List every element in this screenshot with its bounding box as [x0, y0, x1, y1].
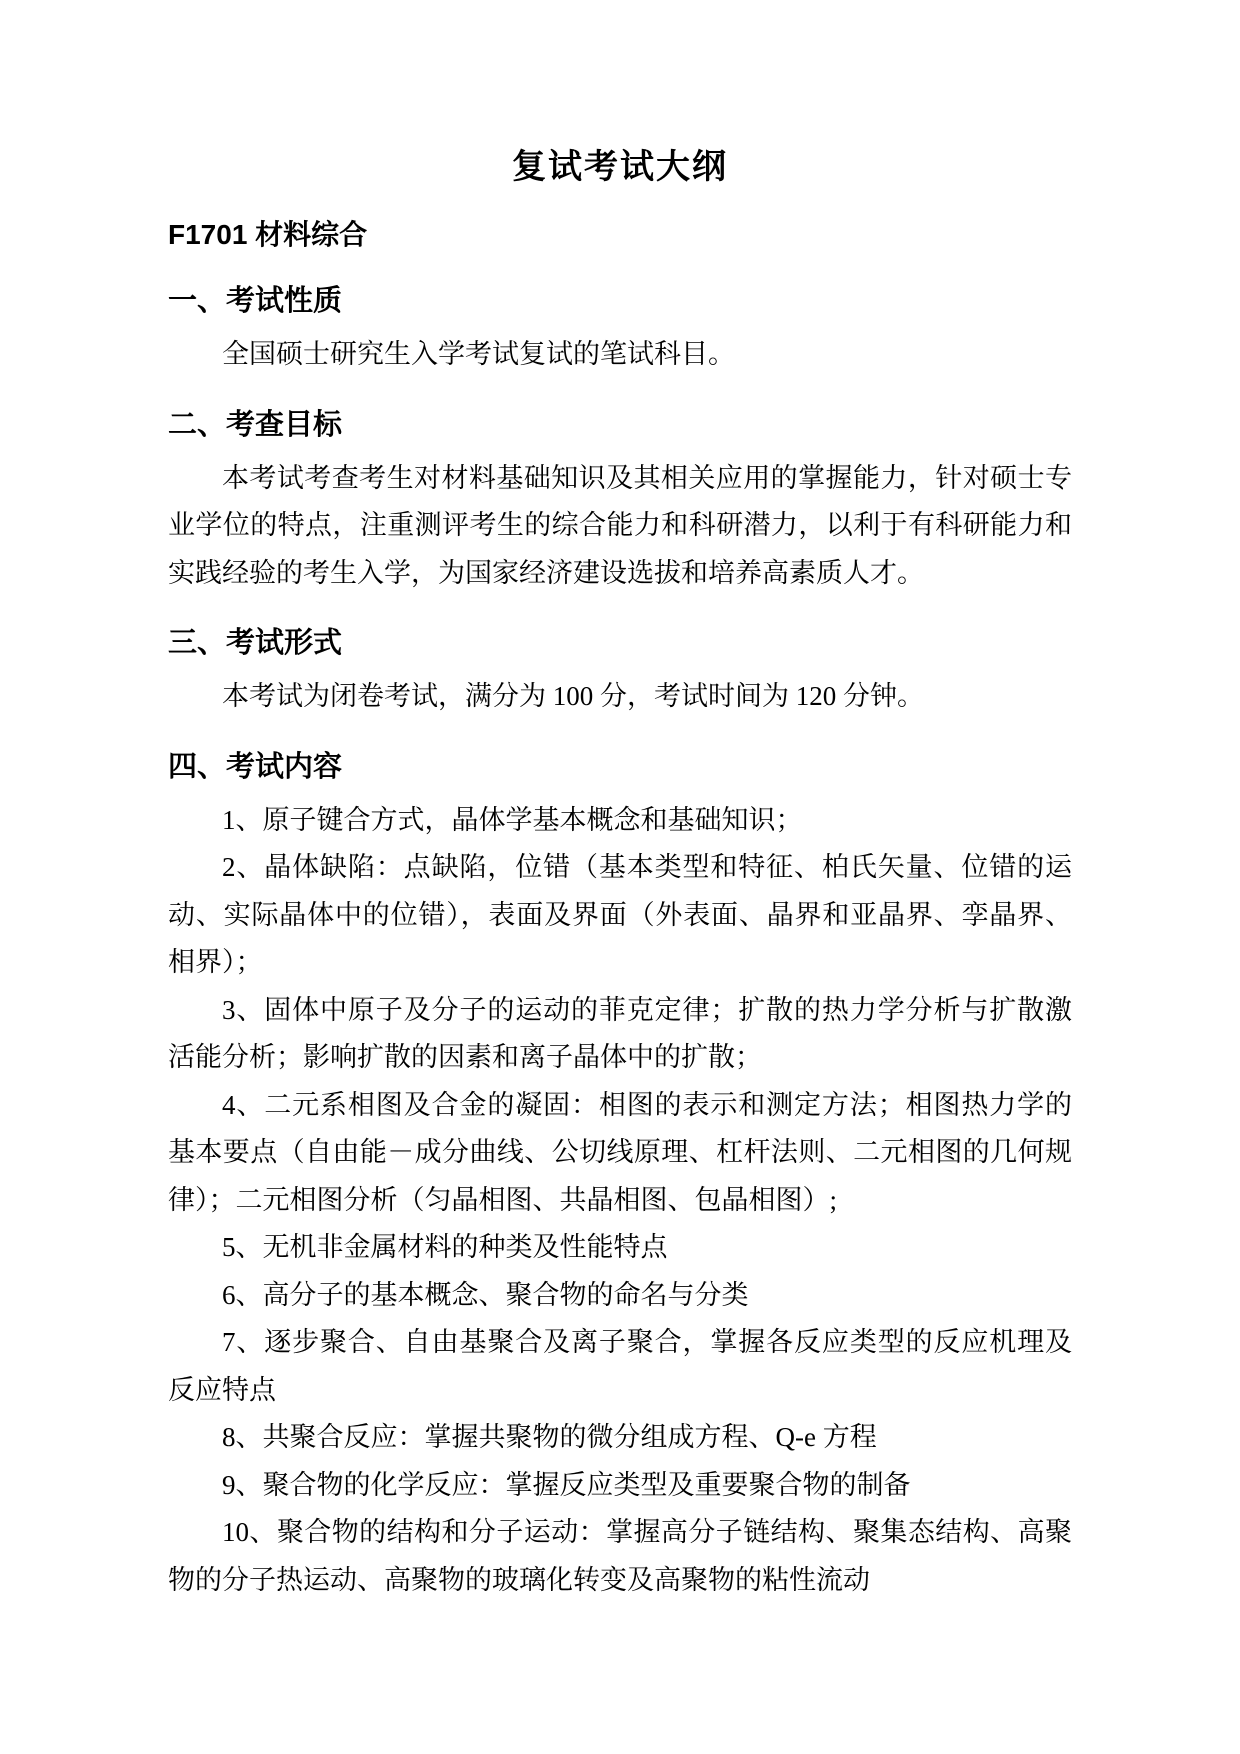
- list-item-6: 6、高分子的基本概念、聚合物的命名与分类: [168, 1272, 1072, 1320]
- paragraph: 全国硕士研究生入学考试复试的笔试科目。: [168, 331, 1072, 379]
- section-heading-exam-nature: 一、考试性质: [168, 281, 1072, 321]
- list-item-9: 9、聚合物的化学反应：掌握反应类型及重要聚合物的制备: [168, 1462, 1072, 1510]
- document-page: 复试考试大纲 F1701 材料综合 一、考试性质 全国硕士研究生入学考试复试的笔…: [0, 0, 1240, 1754]
- list-item-5: 5、无机非金属材料的种类及性能特点: [168, 1224, 1072, 1272]
- course-code-heading: F1701 材料综合: [168, 215, 1072, 255]
- document-content: 复试考试大纲 F1701 材料综合 一、考试性质 全国硕士研究生入学考试复试的笔…: [168, 0, 1072, 1604]
- list-item-8: 8、共聚合反应：掌握共聚物的微分组成方程、Q-e 方程: [168, 1414, 1072, 1462]
- section-heading-exam-format: 三、考试形式: [168, 623, 1072, 663]
- section-exam-nature: 一、考试性质 全国硕士研究生入学考试复试的笔试科目。: [168, 281, 1072, 379]
- paragraph: 本考试为闭卷考试，满分为 100 分，考试时间为 120 分钟。: [168, 673, 1072, 721]
- section-heading-assessment-goals: 二、考查目标: [168, 405, 1072, 445]
- list-item-3: 3、固体中原子及分子的运动的菲克定律；扩散的热力学分析与扩散激活能分析；影响扩散…: [168, 987, 1072, 1082]
- paragraph: 本考试考查考生对材料基础知识及其相关应用的掌握能力，针对硕士专业学位的特点，注重…: [168, 455, 1072, 598]
- section-assessment-goals: 二、考查目标 本考试考查考生对材料基础知识及其相关应用的掌握能力，针对硕士专业学…: [168, 405, 1072, 598]
- section-heading-exam-content: 四、考试内容: [168, 747, 1072, 787]
- section-exam-content: 四、考试内容 1、原子键合方式，晶体学基本概念和基础知识； 2、晶体缺陷：点缺陷…: [168, 747, 1072, 1605]
- section-exam-format: 三、考试形式 本考试为闭卷考试，满分为 100 分，考试时间为 120 分钟。: [168, 623, 1072, 721]
- list-item-2: 2、晶体缺陷：点缺陷，位错（基本类型和特征、柏氏矢量、位错的运动、实际晶体中的位…: [168, 844, 1072, 987]
- list-item-10: 10、聚合物的结构和分子运动：掌握高分子链结构、聚集态结构、高聚物的分子热运动、…: [168, 1509, 1072, 1604]
- document-title: 复试考试大纲: [168, 145, 1072, 191]
- list-item-1: 1、原子键合方式，晶体学基本概念和基础知识；: [168, 797, 1072, 845]
- list-item-4: 4、二元系相图及合金的凝固：相图的表示和测定方法；相图热力学的基本要点（自由能－…: [168, 1082, 1072, 1225]
- list-item-7: 7、逐步聚合、自由基聚合及离子聚合，掌握各反应类型的反应机理及反应特点: [168, 1319, 1072, 1414]
